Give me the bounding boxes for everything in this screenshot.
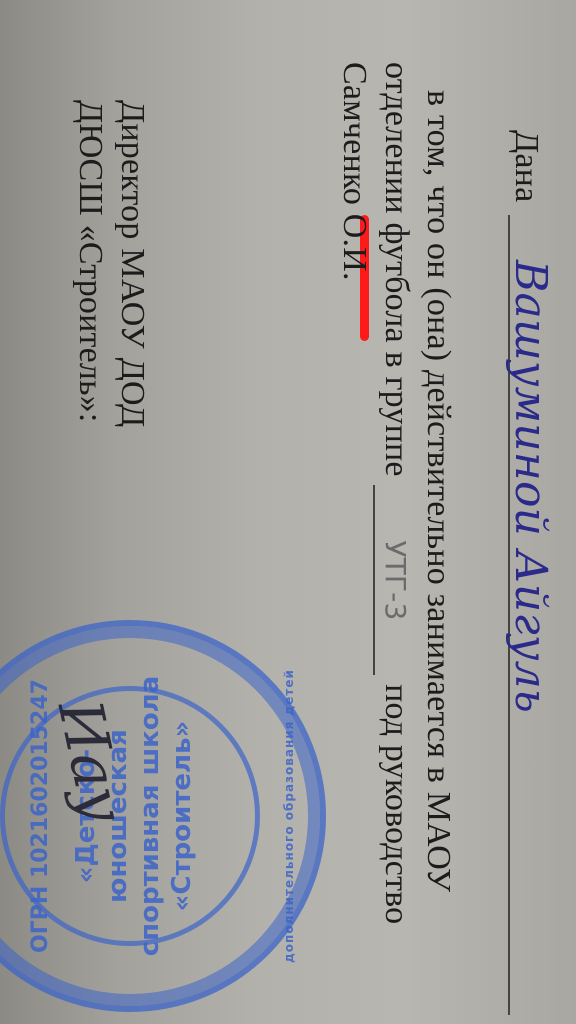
stamp-center-line: спортивная школа	[134, 626, 166, 1006]
signatory-org: ДЮСШ «Строитель»:	[70, 100, 110, 423]
stamp-ring-text-bottom: дополнительного образования детей	[282, 626, 296, 1006]
sport-name-highlighted: футбола	[376, 223, 416, 343]
signatory-title: Директор МАОУ ДОД	[112, 100, 152, 427]
official-stamp: муниципальное автономное образовательное…	[0, 620, 326, 1012]
stamp-ogrn: ОГРН 1021602015247	[28, 626, 53, 1006]
dana-label: Дана	[508, 130, 545, 202]
supervision-suffix: под руководство	[378, 684, 415, 924]
department-prefix: отделении	[378, 62, 415, 214]
recipient-handwritten-name: Вашуминой Айгуль	[510, 260, 550, 713]
stamp-center-line: «Строитель»	[166, 626, 198, 1006]
department-line: отделении футбола в группе УТГ-3 под рук…	[373, 62, 416, 924]
coach-line: Самченко О.И.	[334, 62, 374, 281]
group-field: УТГ-3	[373, 485, 416, 675]
group-value: УТГ-3	[379, 540, 412, 620]
document-page: Дана Вашуминой Айгуль в том, что он (она…	[0, 0, 576, 1024]
group-label: в группе	[378, 352, 415, 477]
recipient-line: Дана	[506, 130, 546, 202]
statement-line: в том, что он (она) действительно занима…	[418, 90, 458, 892]
